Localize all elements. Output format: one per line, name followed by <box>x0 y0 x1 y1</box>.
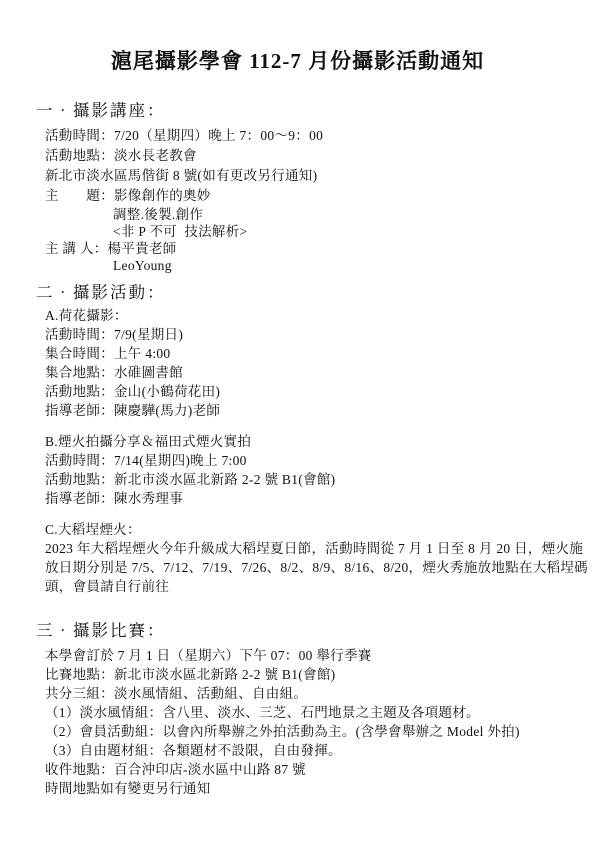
page-title: 滬尾攝影學會 112-7 月份攝影活動通知 <box>0 46 595 76</box>
contest-group-2-line: （2）會員活動組：以會內所舉辦之外拍活動為主。(含學會舉辦之 Model 外拍) <box>45 722 595 741</box>
section-contest: 三‧攝影比賽： 本學會訂於 7 月 1 日（星期六）下午 07：00 舉行季賽 … <box>0 620 595 798</box>
activity-a-meet-time-line: 集合時間：上午 4:00 <box>45 344 595 363</box>
lecture-address-line: 新北市淡水區馬偕街 8 號(如有更改另行通知) <box>45 166 595 186</box>
activity-c-text-line-3: 頭，會員請自行前往 <box>45 577 595 596</box>
activity-a-place-line: 活動地點：金山(小鶴荷花田) <box>45 382 595 401</box>
activity-a-title-line: A.荷花攝影： <box>45 306 595 325</box>
activity-b-title-line: B.煙火拍攝分享＆福田式煙火實拍 <box>45 432 595 451</box>
lecture-topic-detail-line-2: <非 P 不可 技法解析> <box>113 223 595 240</box>
activity-b-place-line: 活動地點：新北市淡水區北新路 2-2 號 B1(會館) <box>45 470 595 489</box>
activity-a-instructor-line: 指導老師：陳慶驊(馬力)老師 <box>45 401 595 420</box>
lecture-topic-line: 主 題：影像創作的奧妙 <box>45 186 595 206</box>
contest-groups-line: 共分三組：淡水風情組、活動組、自由組。 <box>45 684 595 703</box>
contest-date-line: 本學會訂於 7 月 1 日（星期六）下午 07：00 舉行季賽 <box>45 646 595 665</box>
activity-c-title-line: C.大稻埕煙火： <box>45 520 595 539</box>
lecture-speaker-english-name: LeoYoung <box>113 257 595 274</box>
section-activities-body: A.荷花攝影： 活動時間：7/9(星期日) 集合時間：上午 4:00 集合地點：… <box>0 306 595 596</box>
activity-a-meet-place-line: 集合地點：水碓圖書館 <box>45 363 595 382</box>
section-lecture-body: 活動時間：7/20（星期四）晚上 7：00～9：00 活動地點：淡水長老教會 新… <box>0 126 595 274</box>
contest-place-line: 比賽地點：新北市淡水區北新路 2-2 號 B1(會館) <box>45 665 595 684</box>
lecture-place-line: 活動地點：淡水長老教會 <box>45 146 595 166</box>
contest-group-1-line: （1）淡水風情組：含八里、淡水、三芝、石門地景之主題及各項題材。 <box>45 703 595 722</box>
activity-b-time-line: 活動時間：7/14(星期四)晚上 7:00 <box>45 451 595 470</box>
section-activities: 二‧攝影活動： A.荷花攝影： 活動時間：7/9(星期日) 集合時間：上午 4:… <box>0 282 595 596</box>
section-lecture: 一‧攝影講座： 活動時間：7/20（星期四）晚上 7：00～9：00 活動地點：… <box>0 100 595 274</box>
section-lecture-heading: 一‧攝影講座： <box>36 100 595 122</box>
activity-c-text-line-1: 2023 年大稻埕煙火今年升級成大稻埕夏日節，活動時間從 7 月 1 日至 8 … <box>45 539 595 558</box>
contest-notice-line: 時間地點如有變更另行通知 <box>45 779 595 798</box>
section-activities-heading: 二‧攝影活動： <box>36 282 595 304</box>
section-contest-heading: 三‧攝影比賽： <box>36 620 595 642</box>
activity-a-time-line: 活動時間：7/9(星期日) <box>45 325 595 344</box>
lecture-topic-detail-line-1: 調整.後製.創作 <box>113 206 595 223</box>
lecture-speaker-line: 主 講 人：楊平貴老師 <box>45 240 595 257</box>
notice-page: 滬尾攝影學會 112-7 月份攝影活動通知 一‧攝影講座： 活動時間：7/20（… <box>0 0 595 841</box>
activity-b-instructor-line: 指導老師：陳水秀理事 <box>45 489 595 508</box>
contest-group-3-line: （3）自由題材組：各類題材不設限，自由發揮。 <box>45 741 595 760</box>
section-contest-body: 本學會訂於 7 月 1 日（星期六）下午 07：00 舉行季賽 比賽地點：新北市… <box>0 646 595 798</box>
lecture-time-line: 活動時間：7/20（星期四）晚上 7：00～9：00 <box>45 126 595 146</box>
activity-c-text-line-2: 放日期分別是 7/5、7/12、7/19、7/26、8/2、8/9、8/16、8… <box>45 558 595 577</box>
contest-submission-place-line: 收件地點：百合沖印店-淡水區中山路 87 號 <box>45 760 595 779</box>
